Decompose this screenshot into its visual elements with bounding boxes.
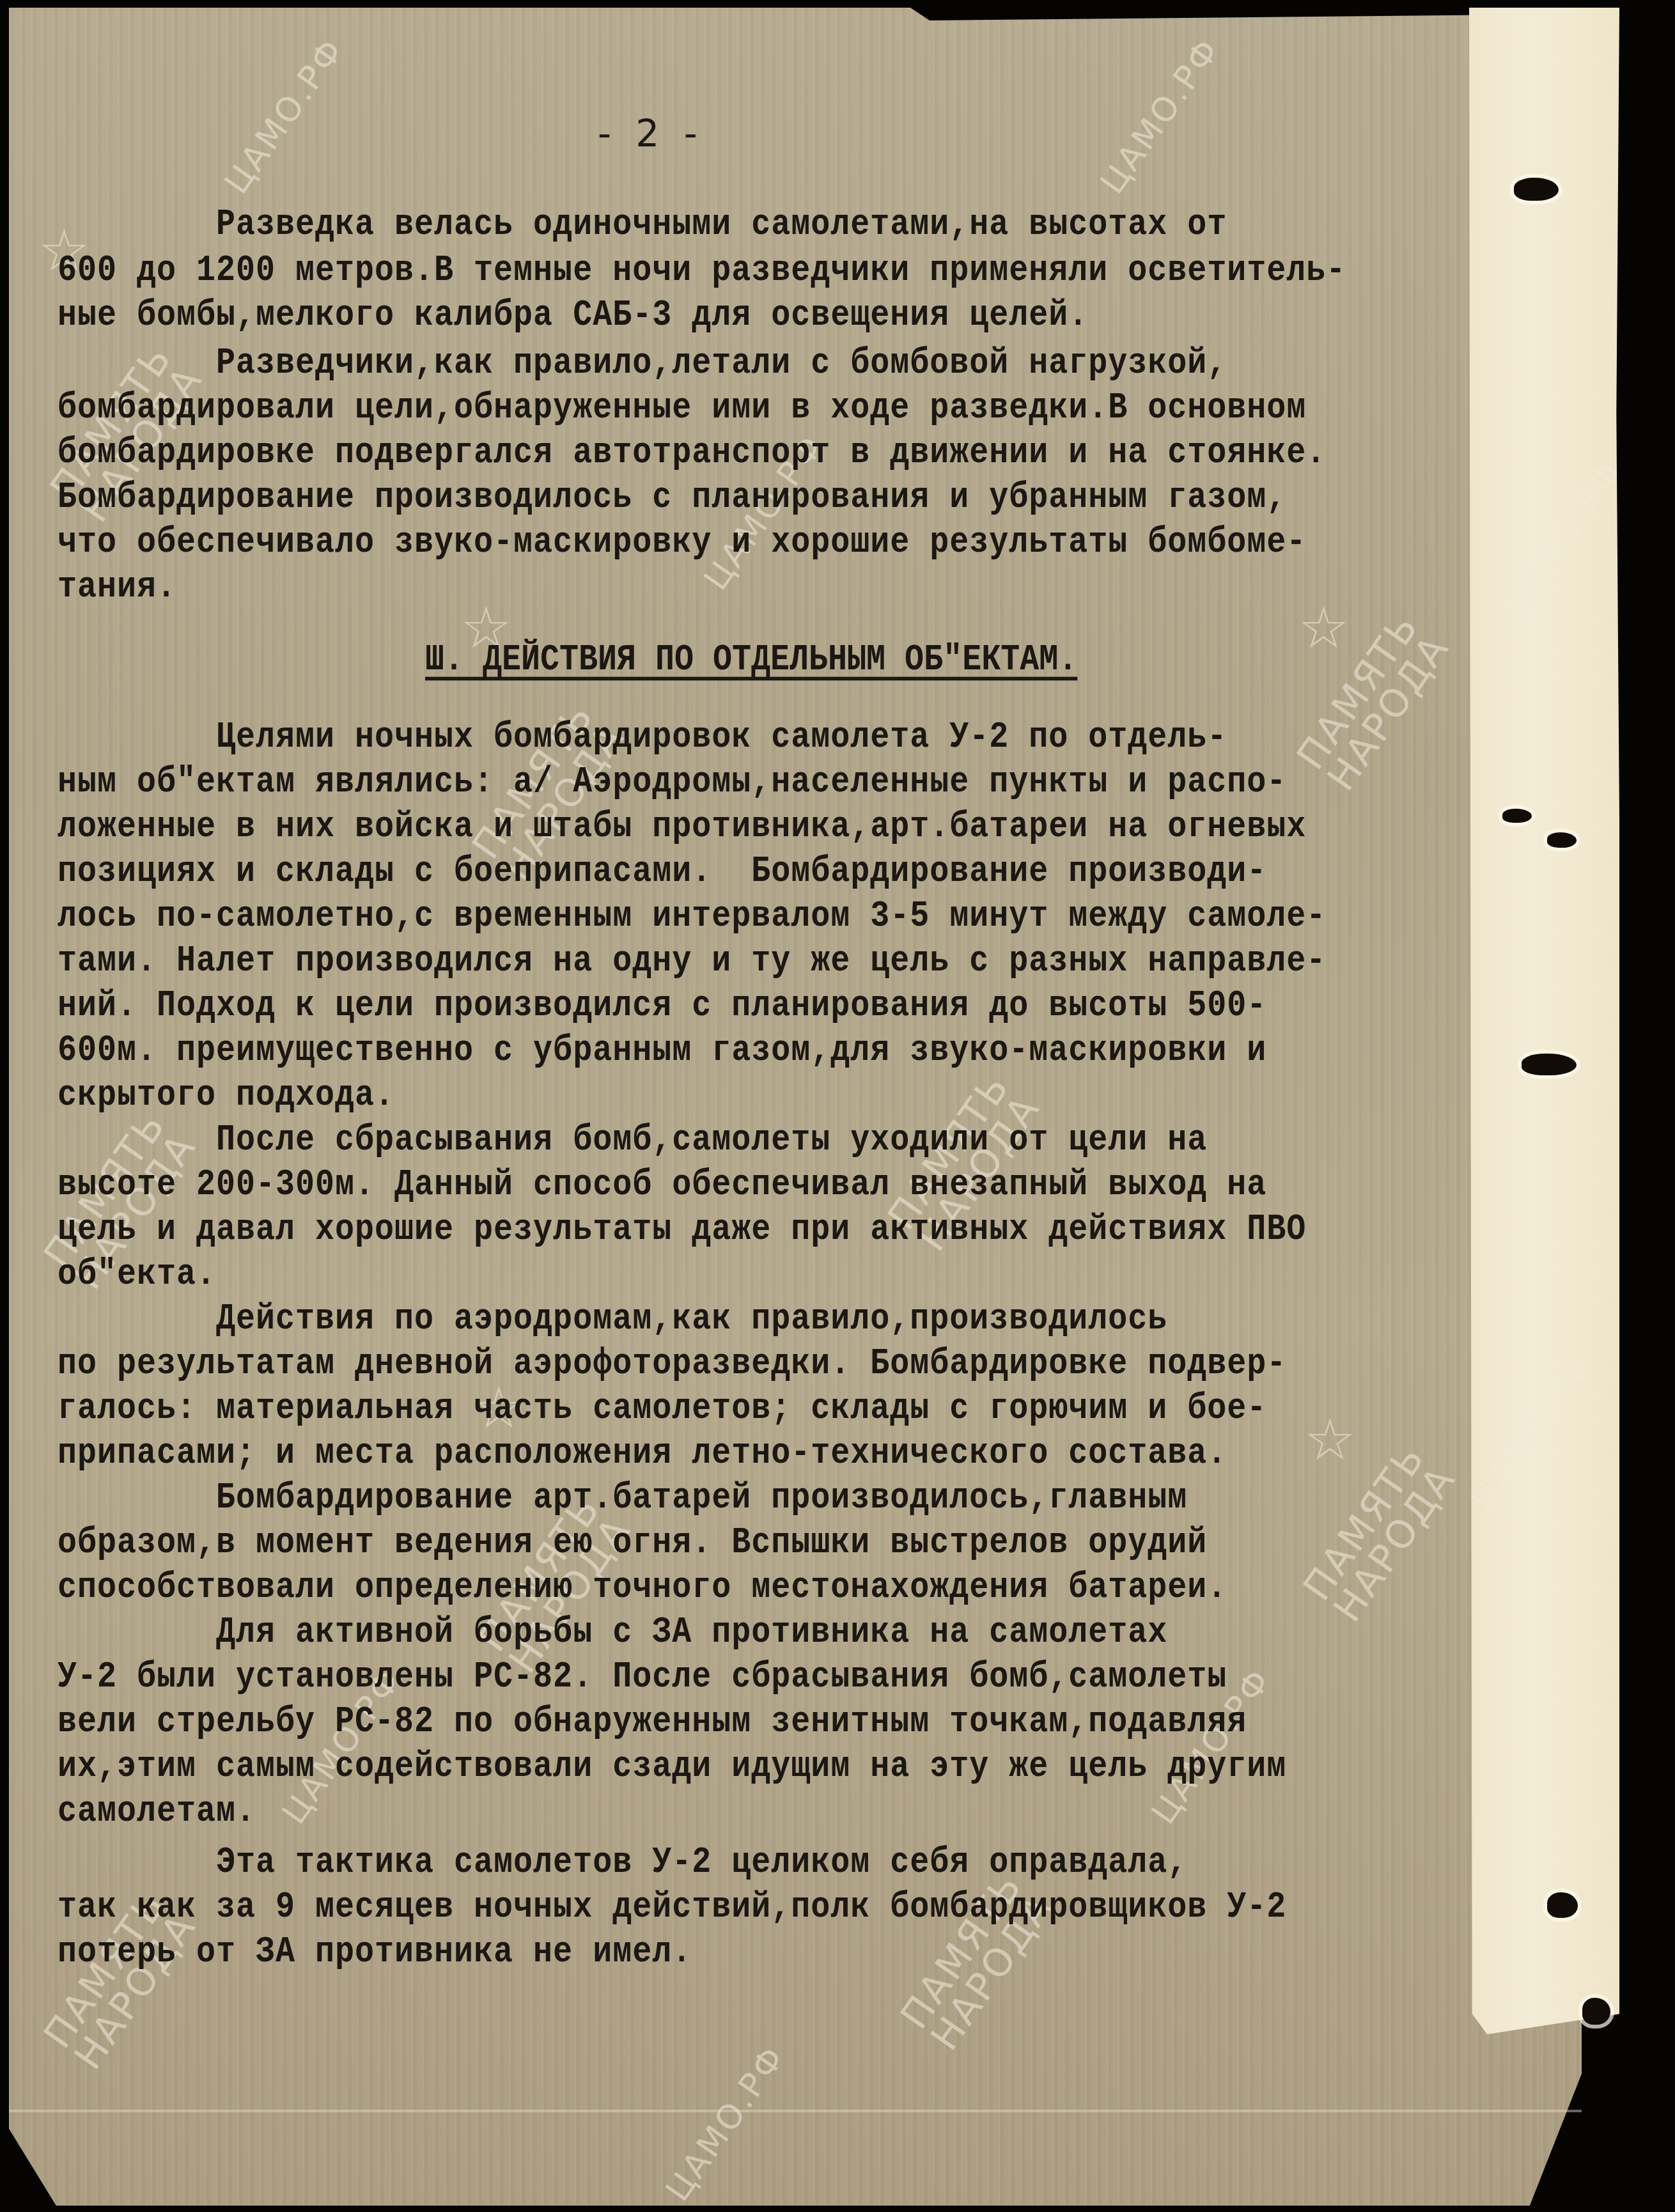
text-line: ные бомбы,мелкого калибра САБ-3 для осве…	[58, 294, 1088, 338]
text-line: вели стрельбу РС-82 по обнаруженным зени…	[58, 1701, 1247, 1745]
watermark-star-icon: ☆	[1304, 1406, 1359, 1474]
text-line: Для активной борьбы с ЗА противника на с…	[58, 1611, 1167, 1655]
text-line: образом,в момент ведения ею огня. Вспышк…	[58, 1522, 1207, 1566]
watermark-star-icon: ☆	[1298, 595, 1352, 662]
text-line: бомбардировке подвергался автотранспорт …	[58, 432, 1326, 476]
punch-hole	[1547, 1892, 1578, 1918]
punch-hole	[1522, 1054, 1577, 1075]
punch-hole	[1582, 1998, 1610, 2025]
text-line: ложенные в них войска и штабы противника…	[58, 806, 1306, 850]
text-line: ным об"ектам являлись: а/ Аэродромы,насе…	[58, 761, 1286, 805]
punch-hole	[1547, 832, 1577, 848]
text-line: их,этим самым содействовали сзади идущим…	[58, 1745, 1286, 1789]
text-line: что обеспечивало звуко-маскировку и хоро…	[58, 521, 1306, 565]
binding-strip	[1469, 8, 1619, 2034]
text-line: Разведчики,как правило,летали с бомбовой…	[58, 342, 1227, 386]
text-line: Бомбардирование производилось с планиров…	[58, 476, 1286, 520]
text-line: бомбардировали цели,обнаруженные ими в х…	[58, 387, 1306, 431]
text-line: Целями ночных бомбардировок самолета У-2…	[58, 716, 1227, 760]
text-line: тами. Налет производился на одну и ту же…	[58, 940, 1326, 984]
text-line: способствовали определению точного место…	[58, 1566, 1227, 1610]
text-line: потерь от ЗА противника не имел.	[58, 1931, 692, 1975]
punch-hole	[1514, 178, 1559, 201]
text-line: припасами; и места расположения летно-те…	[58, 1432, 1227, 1476]
text-line: скрытого подхода.	[58, 1074, 394, 1118]
text-line: позициях и склады с боеприпасами. Бомбар…	[58, 850, 1266, 894]
text-line: галось: материальная часть самолетов; ск…	[58, 1387, 1266, 1431]
text-line: тания.	[58, 566, 176, 610]
text-line: лось по-самолетно,с временным интервалом…	[58, 895, 1326, 939]
text-line: Эта тактика самолетов У-2 целиком себя о…	[58, 1841, 1187, 1885]
text-line: самолетам.	[58, 1790, 256, 1834]
paper-fold	[9, 2110, 1582, 2112]
text-line: ний. Подход к цели производился с планир…	[58, 985, 1266, 1029]
text-line: Действия по аэродромам,как правило,произ…	[58, 1298, 1167, 1342]
text-line: 600м. преимущественно с убранным газом,д…	[58, 1029, 1266, 1073]
text-line: об"екта.	[58, 1253, 216, 1297]
section-heading: Ш. ДЕЙСТВИЯ ПО ОТДЕЛЬНЫМ ОБ"ЕКТАМ.	[425, 639, 1077, 682]
text-line: высоте 200-300м. Данный способ обеспечив…	[58, 1164, 1266, 1208]
text-line: цель и давал хорошие результаты даже при…	[58, 1208, 1306, 1252]
text-line: так как за 9 месяцев ночных действий,пол…	[58, 1886, 1286, 1930]
page-number: - 2 -	[598, 112, 704, 155]
text-line: У-2 были установлены РС-82. После сбрасы…	[58, 1656, 1227, 1700]
text-line: После сбрасывания бомб,самолеты уходили …	[58, 1119, 1207, 1163]
text-line: Разведка велась одиночными самолетами,на…	[58, 203, 1227, 247]
punch-hole	[1502, 809, 1532, 823]
text-line: Бомбардирование арт.батарей производилос…	[58, 1477, 1187, 1521]
text-line: 600 до 1200 метров.В темные ночи разведч…	[58, 249, 1346, 293]
text-line: по результатам дневной аэрофоторазведки.…	[58, 1343, 1286, 1387]
